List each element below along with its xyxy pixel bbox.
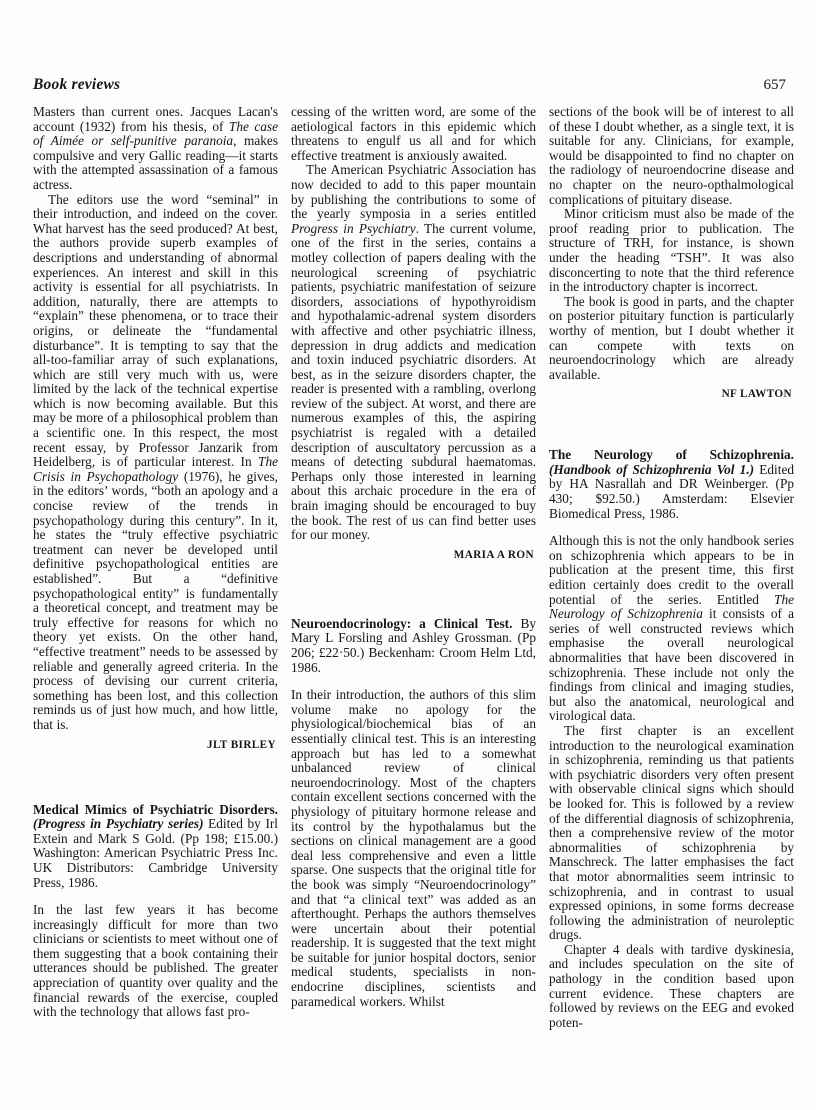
paragraph: sections of the book will be of interest… (549, 105, 794, 207)
review-heading: Neuroendocrinology: a Clinical Test. By … (291, 617, 536, 675)
text-segment: . The current volume, one of the first i… (291, 221, 536, 542)
text-segment: it consists of a series of well construc… (549, 606, 794, 723)
text-segment: In their introduction, the authors of th… (291, 687, 536, 1008)
paragraph: In the last few years it has become incr… (33, 903, 278, 1020)
spacer (291, 561, 536, 617)
paragraph: Masters than current ones. Jacques Lacan… (33, 105, 278, 193)
section-title: Book reviews (33, 76, 120, 94)
text-segment: The Neurology of Schizophrenia. (549, 447, 794, 462)
journal-page: Book reviews 657 Masters than current on… (0, 0, 816, 1110)
text-segment: The American Psychiatric Association has… (291, 162, 536, 221)
paragraph: The book is good in parts, and the chapt… (549, 295, 794, 383)
paragraph: cessing of the written word, are some of… (291, 105, 536, 163)
spacer (549, 400, 794, 448)
page-number: 657 (764, 77, 795, 94)
paragraph: The American Psychiatric Association has… (291, 163, 536, 542)
review-heading: The Neurology of Schizophrenia. (Handboo… (549, 448, 794, 521)
text-segment: (1976), he gives, in the editors’ words,… (33, 469, 278, 732)
text-column: Masters than current ones. Jacques Lacan… (33, 105, 278, 1030)
text-segment: Progress in Psychiatry (291, 221, 416, 236)
text-segment: The first chapter is an excellent introd… (549, 723, 794, 942)
paragraph: The first chapter is an excellent introd… (549, 724, 794, 943)
text-segment: Although this is not the only handbook s… (549, 533, 794, 606)
text-segment: Chapter 4 deals with tardive dyskinesia,… (549, 942, 794, 1030)
reviewer-signature: MARIA A RON (291, 549, 536, 561)
text-segment: Neuroendocrinology: a Clinical Test. (291, 616, 520, 631)
review-heading: Medical Mimics of Psychiatric Disorders.… (33, 803, 278, 891)
text-column: sections of the book will be of interest… (549, 105, 794, 1030)
reviewer-signature: JLT BIRLEY (33, 739, 278, 751)
text-column: cessing of the written word, are some of… (291, 105, 536, 1030)
spacer (33, 751, 278, 803)
paragraph: The editors use the word “seminal” in th… (33, 193, 278, 733)
paragraph: Minor criticism must also be made of the… (549, 207, 794, 295)
text-segment: In the last few years it has become incr… (33, 902, 278, 1019)
reviewer-signature: NF LAWTON (549, 388, 794, 400)
text-segment: The editors use the word “seminal” in th… (33, 192, 278, 470)
text-columns: Masters than current ones. Jacques Lacan… (33, 105, 794, 1030)
text-segment: Medical Mimics of Psychiatric Disorders. (33, 802, 278, 817)
text-segment: Minor criticism must also be made of the… (549, 206, 794, 294)
text-segment: sections of the book will be of interest… (549, 104, 794, 207)
paragraph: In their introduction, the authors of th… (291, 688, 536, 1009)
paragraph: Although this is not the only handbook s… (549, 534, 794, 724)
text-segment: cessing of the written word, are some of… (291, 104, 536, 163)
text-segment: (Progress in Psychiatry series) (33, 816, 204, 831)
text-segment: The book is good in parts, and the chapt… (549, 294, 794, 382)
paragraph: Chapter 4 deals with tardive dyskinesia,… (549, 943, 794, 1031)
text-segment: (Handbook of Schizophrenia Vol 1.) (549, 462, 754, 477)
page-header: Book reviews 657 (33, 76, 794, 94)
